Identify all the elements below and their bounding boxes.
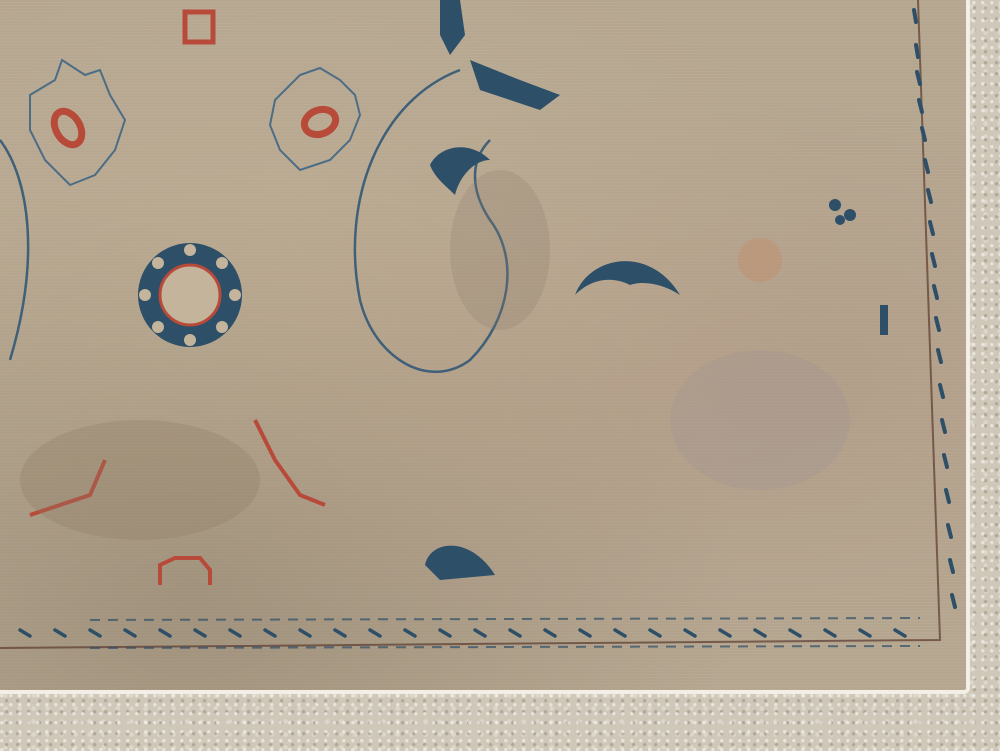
blue-rosette-medallion bbox=[138, 243, 242, 347]
photo-scene bbox=[0, 0, 1000, 751]
rug-motifs bbox=[0, 0, 1000, 751]
dashed-border-bottom bbox=[20, 630, 905, 636]
stains bbox=[20, 170, 850, 540]
dashed-border-right bbox=[914, 10, 955, 607]
